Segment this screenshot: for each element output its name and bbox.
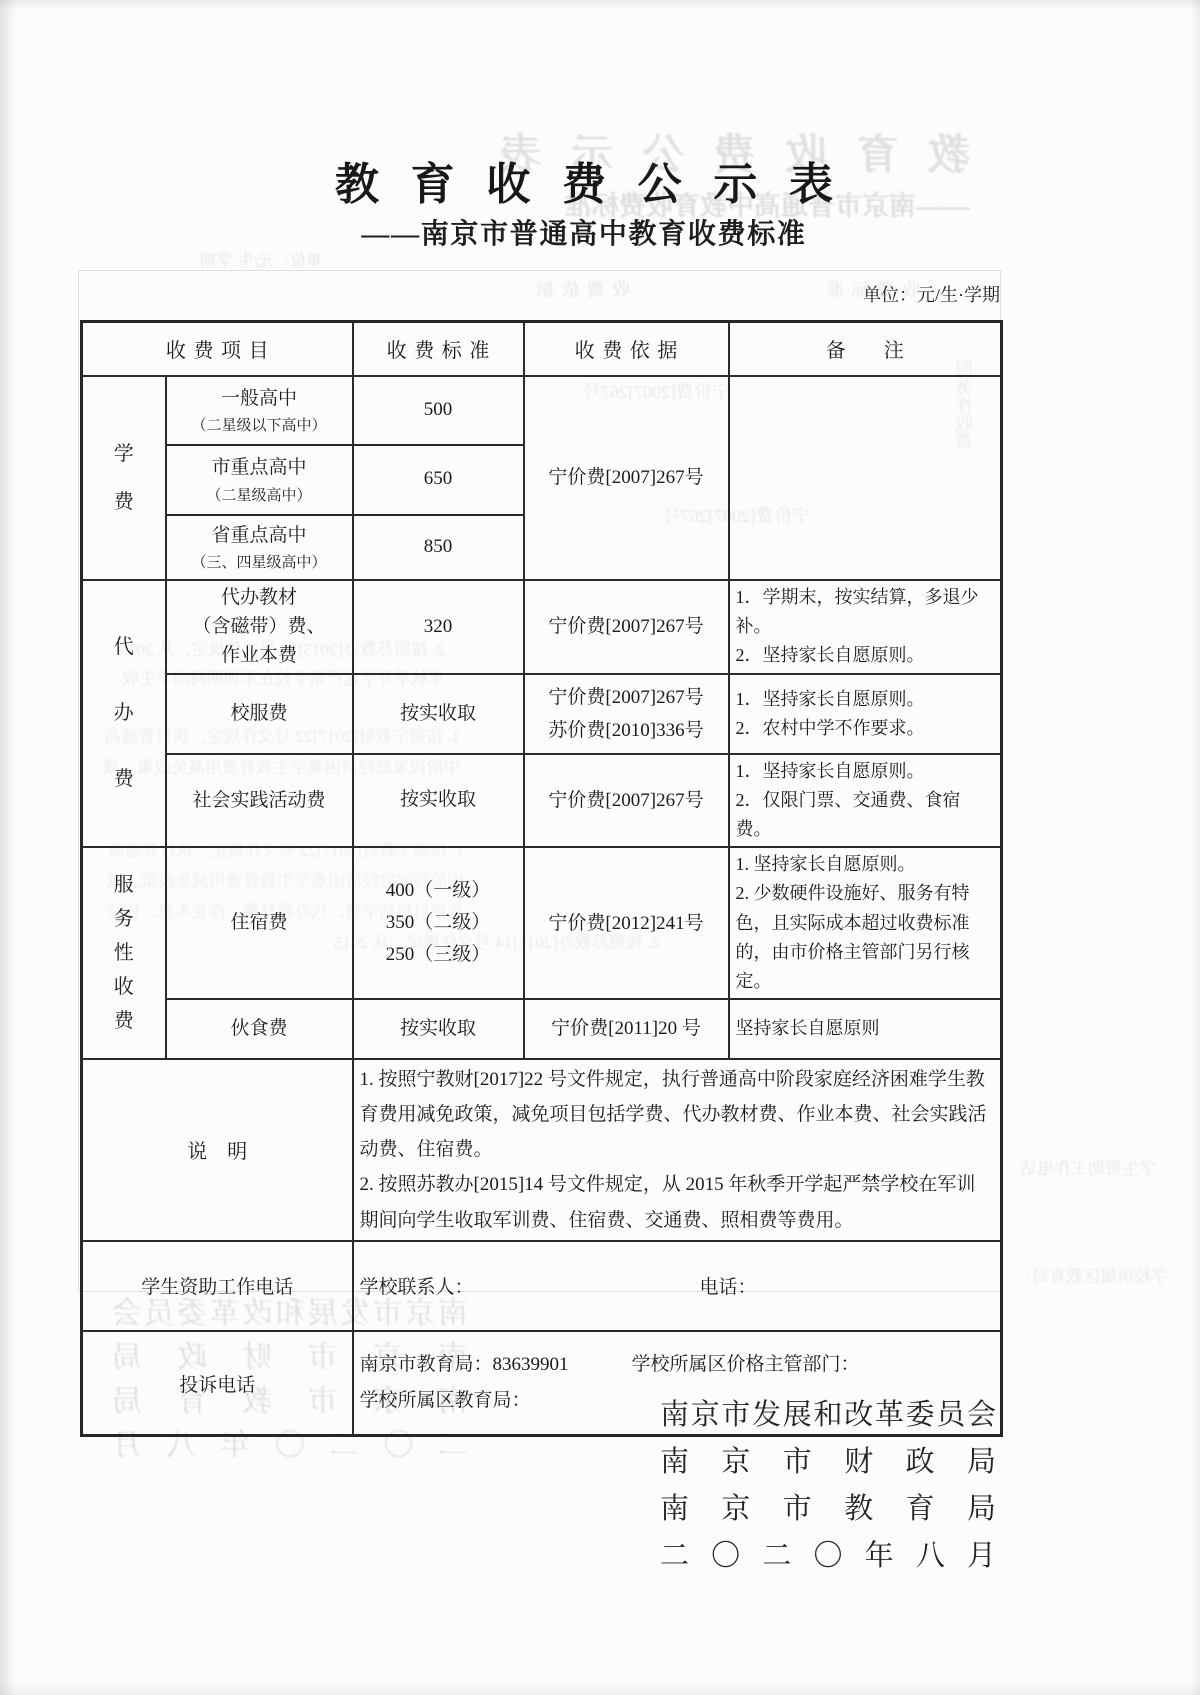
standard-cell: 按实收取 (353, 754, 524, 847)
col-header-remark: 备注 (729, 322, 1002, 376)
phone-label: 电话： (700, 1272, 757, 1299)
basis-cell: 宁价费[2011]20 号 (524, 999, 729, 1059)
standard-cell: 按实收取 (353, 999, 524, 1059)
standard-line: 400（一级） (360, 875, 517, 907)
remark-cell: 坚持家长自愿原则 (729, 999, 1002, 1059)
standard-cell: 按实收取 (353, 674, 524, 754)
remark-cell (729, 376, 1002, 580)
category-cell-agency: 代办费 (82, 580, 166, 848)
standard-cell: 400（一级） 350（二级） 250（三级） (353, 847, 524, 999)
complaint-row-label: 投诉电话 (82, 1331, 353, 1436)
item-cell: 社会实践活动费 (166, 754, 353, 847)
document-title: 教育收费公示表 (84, 148, 1084, 212)
table-row-uniform-fee: 校服费 按实收取 宁价费[2007]267号 苏价费[2010]336号 1．坚… (82, 674, 1002, 754)
issuer-ndrc: 南京市发展和改革委员会 (660, 1392, 996, 1439)
notes-paragraph: 2. 按照苏教办[2015]14 号文件规定，从 2015 年秋季开学起严禁学校… (360, 1167, 995, 1237)
signature-block: 南京市发展和改革委员会 南京市财政局 南京市教育局 二〇二〇年八月 (660, 1392, 996, 1580)
remark-line: 2．坚持家长自愿原则。 (736, 641, 995, 670)
basis-cell: 宁价费[2007]267号 (524, 376, 729, 580)
table-row-textbook-fee: 代办费 代办教材 （含磁带）费、 作业本费 320 宁价费[2007]267号 … (82, 580, 1002, 674)
table-row-boarding-fee: 服务性收费 住宿费 400（一级） 350（二级） 250（三级） 宁价费[20… (82, 847, 1002, 999)
table-row-notes: 说 明 1. 按照宁教财[2017]22 号文件规定，执行普通高中阶段家庭经济困… (82, 1059, 1002, 1241)
remark-cell: 1．坚持家长自愿原则。 2．仅限门票、交通费、食宿费。 (729, 754, 1002, 847)
col-header-standard: 收费标准 (353, 322, 524, 376)
education-bureau-phone: 南京市教育局：83639901 (360, 1347, 632, 1383)
notes-content: 1. 按照宁教财[2017]22 号文件规定，执行普通高中阶段家庭经济困难学生教… (353, 1059, 1002, 1241)
table-row-student-aid-phone: 学生资助工作电话 学校联系人： 电话： (82, 1241, 1002, 1331)
basis-cell: 宁价费[2012]241号 (524, 847, 729, 999)
item-cell: 市重点高中 （二星级高中） (166, 445, 353, 515)
standard-cell: 650 (353, 445, 524, 515)
remark-line: 2．仅限门票、交通费、食宿费。 (736, 786, 995, 844)
item-name: 作业本费 (173, 641, 346, 670)
table-header-row: 收费项目 收费标准 收费依据 备注 (82, 322, 1002, 376)
issuer-education-bureau: 南京市教育局 (660, 1486, 996, 1533)
remark-line: 1. 坚持家长自愿原则。 (736, 850, 995, 879)
standard-cell: 850 (353, 515, 524, 580)
basis-cell: 宁价费[2007]267号 (524, 580, 729, 674)
standard-cell: 320 (353, 580, 524, 674)
category-label: 学费 (113, 430, 135, 526)
basis-cell: 宁价费[2007]267号 苏价费[2010]336号 (524, 674, 729, 754)
item-subnote: （三、四星级高中） (173, 553, 346, 573)
item-cell: 住宿费 (166, 847, 353, 999)
bleedthrough-text: 学生资助工作电话 (1006, 1154, 1156, 1184)
document-subtitle: ——南京市普通高中教育收费标准 (84, 212, 1084, 252)
category-label: 服务性收费 (113, 868, 135, 1038)
aid-row-label: 学生资助工作电话 (82, 1241, 353, 1331)
item-cell: 省重点高中 （三、四星级高中） (166, 515, 353, 580)
remark-cell: 1. 坚持家长自愿原则。 2. 少数硬件设施好、服务有特色，且实际成本超过收费标… (729, 847, 1002, 999)
item-name: 省重点高中 (173, 521, 346, 550)
table-row-meal-fee: 伙食费 按实收取 宁价费[2011]20 号 坚持家长自愿原则 (82, 999, 1002, 1059)
item-subnote: （二星级以下高中） (173, 416, 346, 436)
item-cell: 校服费 (166, 674, 353, 754)
col-header-item: 收费项目 (82, 322, 353, 376)
item-subnote: （二星级高中） (173, 486, 346, 506)
item-cell: 代办教材 （含磁带）费、 作业本费 (166, 580, 353, 674)
item-name: 一般高中 (173, 384, 346, 413)
item-cell: 一般高中 （二星级以下高中） (166, 376, 353, 445)
notes-paragraph: 1. 按照宁教财[2017]22 号文件规定，执行普通高中阶段家庭经济困难学生教… (360, 1062, 995, 1167)
remark-line: 坚持家长自愿原则 (736, 1014, 995, 1043)
table-row-social-practice-fee: 社会实践活动费 按实收取 宁价费[2007]267号 1．坚持家长自愿原则。 2… (82, 754, 1002, 847)
col-header-basis: 收费依据 (524, 322, 729, 376)
notes-label: 说 明 (82, 1059, 353, 1241)
remark-line: 1．坚持家长自愿原则。 (736, 685, 995, 714)
school-contact-label: 学校联系人： (360, 1272, 700, 1299)
district-price-dept-label: 学校所属区价格主管部门： (632, 1347, 860, 1383)
bleedthrough-text: 学校所属区教育局： (1008, 1262, 1168, 1326)
remark-line: 2. 少数硬件设施好、服务有特色，且实际成本超过收费标准的，由市价格主管部门另行… (736, 879, 995, 996)
table-row-general-hs: 学费 一般高中 （二星级以下高中） 500 宁价费[2007]267号 (82, 376, 1002, 445)
standard-line: 350（二级） (360, 907, 517, 939)
item-cell: 伙食费 (166, 999, 353, 1059)
category-label: 代办费 (113, 614, 135, 812)
standard-line: 250（三级） (360, 939, 517, 971)
remark-line: 2．农村中学不作要求。 (736, 714, 995, 743)
remark-line: 1．学期末，按实结算，多退少补。 (736, 583, 995, 641)
remark-cell: 1．坚持家长自愿原则。 2．农村中学不作要求。 (729, 674, 1002, 754)
item-name: （含磁带）费、 (173, 612, 346, 641)
basis-line: 苏价费[2010]336号 (531, 714, 722, 747)
basis-cell: 宁价费[2007]267号 (524, 754, 729, 847)
remark-cell: 1．学期末，按实结算，多退少补。 2．坚持家长自愿原则。 (729, 580, 1002, 674)
aid-row-content: 学校联系人： 电话： (353, 1241, 1002, 1331)
category-cell-service: 服务性收费 (82, 847, 166, 1059)
fee-table: 收费项目 收费标准 收费依据 备注 学费 一般高中 （二星级以下高中） 500 … (80, 320, 1003, 1437)
unit-label: 单位：元/生·学期 (80, 281, 1000, 307)
item-name: 代办教材 (173, 583, 346, 612)
category-cell-tuition: 学费 (82, 376, 166, 580)
complaint-line-1: 南京市教育局：83639901 学校所属区价格主管部门： (360, 1347, 995, 1383)
basis-line: 宁价费[2007]267号 (531, 681, 722, 714)
issuer-finance-bureau: 南京市财政局 (660, 1439, 996, 1486)
scanned-document-page: 教育收费公示表 ——南京市普通高中教育收费标准 单位：元/生·学期 收费依据 收… (0, 0, 1200, 1695)
standard-cell: 500 (353, 376, 524, 445)
issue-date: 二〇二〇年八月 (660, 1533, 996, 1580)
item-name: 市重点高中 (173, 453, 346, 482)
remark-line: 1．坚持家长自愿原则。 (736, 757, 995, 786)
aid-row-line: 学校联系人： 电话： (360, 1272, 995, 1299)
